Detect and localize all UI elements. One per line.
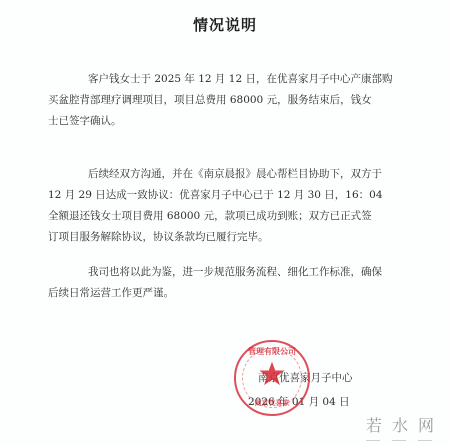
paragraph-line: 全额退还钱女士项目费用 68000 元，款项已成功到账；双方已正式签 bbox=[48, 206, 348, 227]
paragraph-line: 我司也将以此为鉴，进一步规范服务流程、细化工作标准，确保 bbox=[48, 262, 348, 283]
site-watermark: 若水网 bbox=[366, 413, 444, 436]
paragraph-refund-agreement: 后续经双方沟通，并在《南京晨报》晨心帮栏目协助下，双方于 12 月 29 日达成… bbox=[48, 164, 348, 248]
paragraph-line: 后续经双方沟通，并在《南京晨报》晨心帮栏目协助下，双方于 bbox=[48, 164, 348, 185]
paragraph-line: 订项目服务解除协议，协议条款均已履行完毕。 bbox=[48, 227, 348, 248]
paragraph-line: 买盆腔背部理疗调理项目，项目总费用 68000 元，服务结束后，钱女 bbox=[48, 90, 348, 111]
signature-date: 2026 年 01 月 04 日 bbox=[248, 392, 350, 413]
paragraph-line: 士已签字确认。 bbox=[48, 111, 348, 132]
seal-text-top: 管理有限公司 bbox=[236, 346, 308, 357]
paragraph-line: 后续日常运营工作更严谨。 bbox=[48, 283, 348, 304]
document-page: 情况说明 客户钱女士于 2025 年 12 月 12 日，在优喜家月子中心产康部… bbox=[0, 0, 450, 445]
paragraph-purchase: 客户钱女士于 2025 年 12 月 12 日，在优喜家月子中心产康部购 买盆腔… bbox=[48, 69, 348, 132]
paragraph-commitment: 我司也将以此为鉴，进一步规范服务流程、细化工作标准，确保 后续日常运营工作更严谨… bbox=[48, 262, 348, 304]
watermark-underline bbox=[366, 440, 442, 441]
signature-organization: 南京优喜家月子中心 bbox=[258, 368, 353, 389]
paragraph-line: 12 月 29 日达成一致协议：优喜家月子中心已于 12 月 30 日，16：0… bbox=[48, 185, 348, 206]
paragraph-line: 客户钱女士于 2025 年 12 月 12 日，在优喜家月子中心产康部购 bbox=[48, 69, 348, 90]
document-title: 情况说明 bbox=[0, 14, 450, 35]
